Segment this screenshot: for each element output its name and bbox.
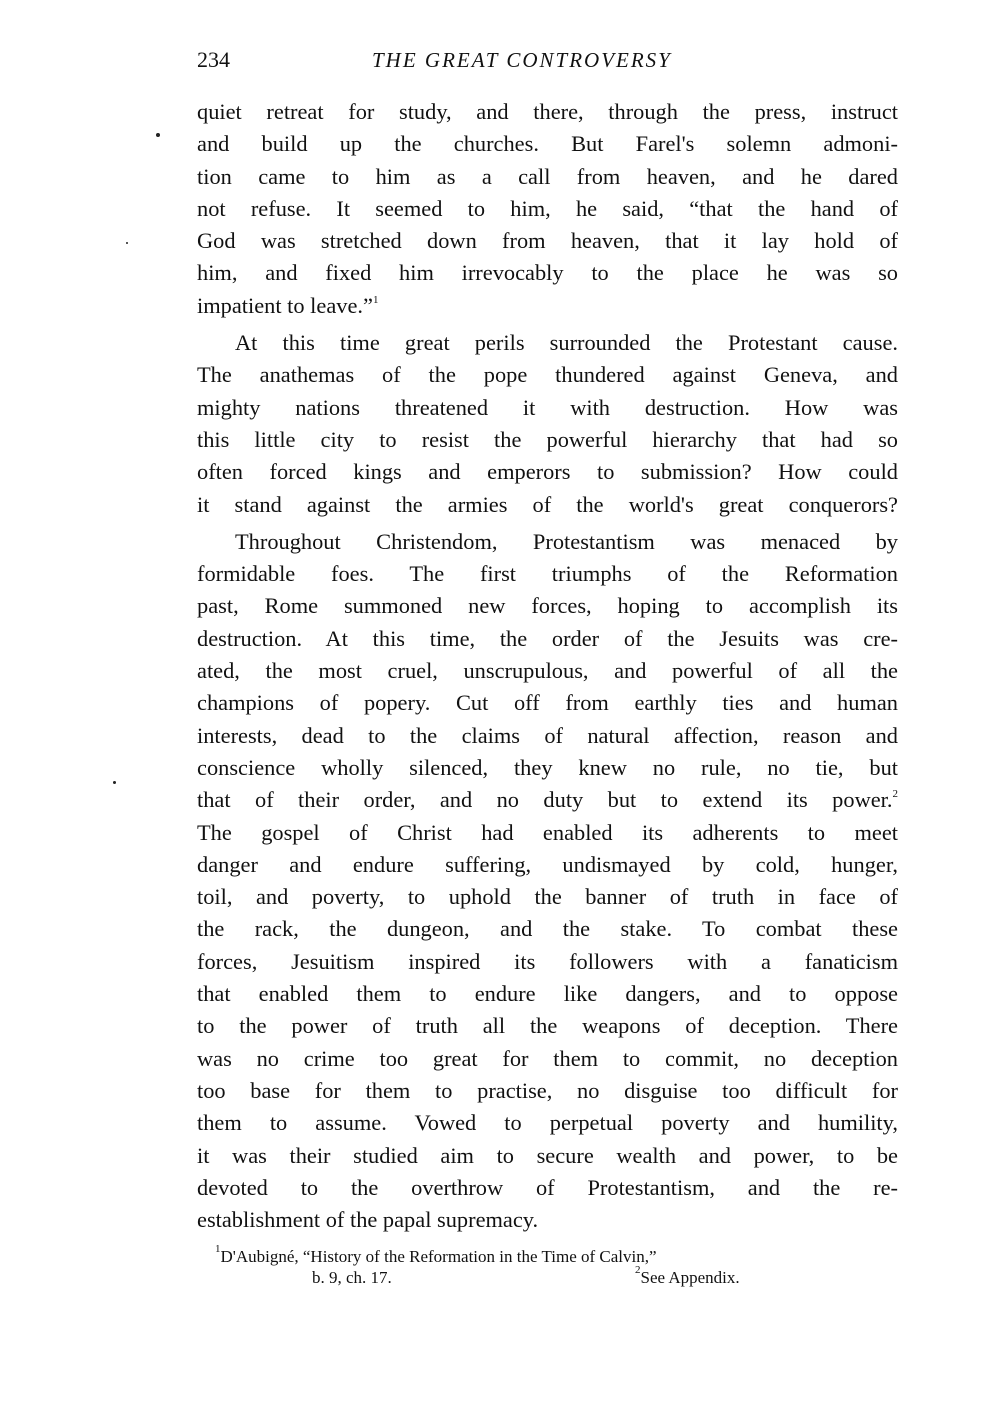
text-line: The gospel of Christ had enabled its adh…: [197, 817, 898, 849]
text-line: that of their order, and no duty but to …: [197, 784, 898, 816]
text-line: it stand against the armies of the world…: [197, 489, 898, 521]
footnote-1-continuation: b. 9, ch. 17.: [312, 1267, 392, 1288]
paragraph-1: quiet retreat for study, and there, thro…: [197, 96, 898, 322]
paragraph-3: Throughout Christendom, Protestantism wa…: [197, 526, 898, 1237]
text-line: was no crime too great for them to commi…: [197, 1043, 898, 1075]
text-line: interests, dead to the claims of natural…: [197, 720, 898, 752]
footnote-ref-1[interactable]: 1: [373, 294, 379, 306]
scan-speck: [126, 242, 128, 244]
text-line: forces, Jesuitism inspired its followers…: [197, 946, 898, 978]
text-line: conscience wholly silenced, they knew no…: [197, 752, 898, 784]
text-line: past, Rome summoned new forces, hoping t…: [197, 590, 898, 622]
text-line: this little city to resist the powerful …: [197, 424, 898, 456]
paragraph-2: At this time great perils surrounded the…: [197, 327, 898, 521]
text-line: mighty nations threatened it with destru…: [197, 392, 898, 424]
text-line: them to assume. Vowed to perpetual pover…: [197, 1107, 898, 1139]
footnote-1-text: D'Aubigné, “History of the Reformation i…: [221, 1247, 657, 1266]
text-line: destruction. At this time, the order of …: [197, 623, 898, 655]
text-line: tion came to him as a call from heaven, …: [197, 161, 898, 193]
text-line: him, and fixed him irrevocably to the pl…: [197, 257, 898, 289]
text-line: champions of popery. Cut off from earthl…: [197, 687, 898, 719]
text-line: often forced kings and emperors to submi…: [197, 456, 898, 488]
text-line: devoted to the overthrow of Protestantis…: [197, 1172, 898, 1204]
text-line: that enabled them to endure like dangers…: [197, 978, 898, 1010]
text-line: ated, the most cruel, unscrupulous, and …: [197, 655, 898, 687]
text-line-content: impatient to leave.”: [197, 293, 373, 318]
text-line: The anathemas of the pope thundered agai…: [197, 359, 898, 391]
footnote-ref-2[interactable]: 2: [893, 788, 899, 800]
running-head: 234 THE GREAT CONTROVERSY: [197, 44, 897, 76]
text-line: and build up the churches. But Farel's s…: [197, 128, 898, 160]
page-number: 234: [197, 44, 230, 76]
footnote-2: 2See Appendix.: [635, 1267, 740, 1288]
text-line: Throughout Christendom, Protestantism wa…: [197, 526, 898, 558]
scan-speck: [113, 781, 116, 784]
text-line: formidable foes. The first triumphs of t…: [197, 558, 898, 590]
body-text: quiet retreat for study, and there, thro…: [197, 96, 898, 1236]
footnote-row-2: b. 9, ch. 17. 2See Appendix.: [215, 1267, 895, 1288]
text-line: to the power of truth all the weapons of…: [197, 1010, 898, 1042]
text-line: danger and endure suffering, undismayed …: [197, 849, 898, 881]
running-title: THE GREAT CONTROVERSY: [372, 44, 672, 76]
text-line-content: that of their order, and no duty but to …: [197, 787, 893, 812]
footnote-2-text: See Appendix.: [641, 1268, 740, 1287]
text-line: quiet retreat for study, and there, thro…: [197, 96, 898, 128]
scan-speck: [156, 133, 160, 137]
text-line: not refuse. It seemed to him, he said, “…: [197, 193, 898, 225]
footnotes: 1D'Aubigné, “History of the Reformation …: [215, 1246, 895, 1288]
text-line: God was stretched down from heaven, that…: [197, 225, 898, 257]
text-line: the rack, the dungeon, and the stake. To…: [197, 913, 898, 945]
text-line: impatient to leave.”1: [197, 290, 898, 322]
text-line: toil, and poverty, to uphold the banner …: [197, 881, 898, 913]
footnote-1: 1D'Aubigné, “History of the Reformation …: [215, 1246, 895, 1267]
text-line: At this time great perils surrounded the…: [197, 327, 898, 359]
text-line: establishment of the papal supremacy.: [197, 1204, 898, 1236]
book-page: 234 THE GREAT CONTROVERSY quiet retreat …: [0, 0, 1000, 1407]
text-line: it was their studied aim to secure wealt…: [197, 1140, 898, 1172]
text-line: too base for them to practise, no disgui…: [197, 1075, 898, 1107]
